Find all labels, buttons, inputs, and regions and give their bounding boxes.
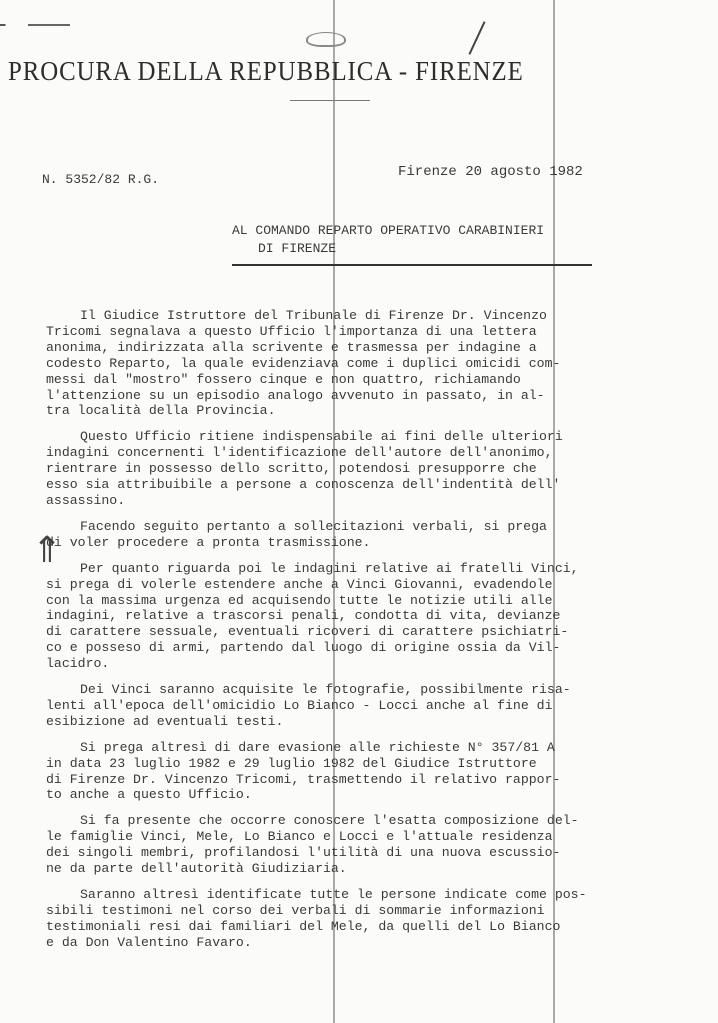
pen-mark xyxy=(0,24,70,26)
paragraph: Si fa presente che occorre conoscere l'e… xyxy=(46,813,686,877)
paragraph: Questo Ufficio ritiene indispensabile ai… xyxy=(46,429,686,509)
recipient-rule xyxy=(232,264,592,266)
pen-mark xyxy=(468,21,485,54)
paragraph: Facendo seguito pertanto a sollecitazion… xyxy=(46,519,686,551)
republic-emblem-icon xyxy=(306,32,346,47)
paragraph: Il Giudice Istruttore del Tribunale di F… xyxy=(46,308,686,419)
paragraph: Per quanto riguarda poi le indagini rela… xyxy=(46,561,686,672)
recipient-line: AL COMANDO REPARTO OPERATIVO CARABINIERI xyxy=(232,222,544,240)
paragraph: Dei Vinci saranno acquisite le fotografi… xyxy=(46,682,686,730)
place-date: Firenze 20 agosto 1982 xyxy=(398,164,583,180)
recipient-line: DI FIRENZE xyxy=(232,240,544,258)
letterhead-rule xyxy=(290,100,370,101)
recipient-block: AL COMANDO REPARTO OPERATIVO CARABINIERI… xyxy=(232,222,544,258)
protocol-number: N. 5352/82 R.G. xyxy=(42,172,159,187)
letterhead-title: PROCURA DELLA REPUBBLICA - FIRENZE xyxy=(8,56,615,87)
letter-body: Il Giudice Istruttore del Tribunale di F… xyxy=(46,308,686,961)
paragraph: Saranno altresì identificate tutte le pe… xyxy=(46,887,686,951)
paragraph: Si prega altresì di dare evasione alle r… xyxy=(46,740,686,804)
